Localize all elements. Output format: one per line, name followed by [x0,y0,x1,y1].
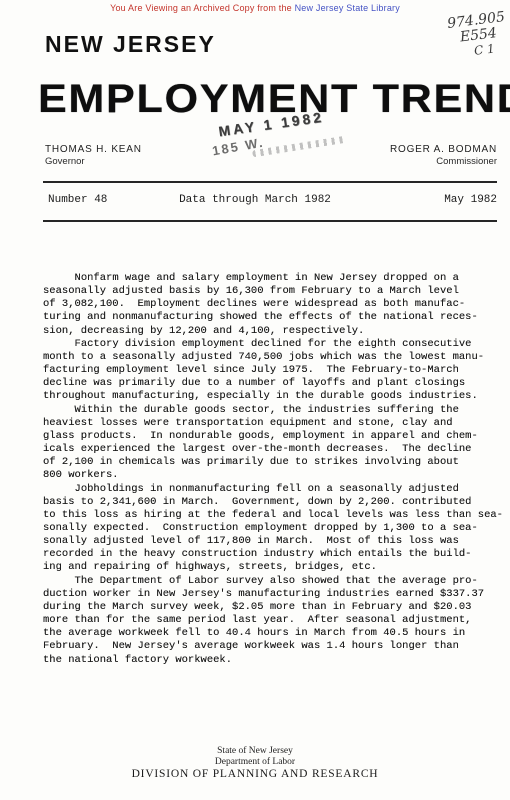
footer-state-line: State of New Jersey [0,746,510,757]
commissioner-title: Commissioner [390,156,497,168]
issue-line: Number 48 Data through March 1982 May 19… [43,194,497,206]
footer-division-line: DIVISION OF PLANNING AND RESEARCH [0,768,510,780]
footer-department-line: Department of Labor [0,757,510,768]
paragraph: The Department of Labor survey also show… [43,575,505,667]
governor-title: Governor [45,156,142,168]
footer: State of New Jersey Department of Labor … [0,746,510,780]
paragraph: Factory division employment declined for… [43,338,505,404]
commissioner-block: ROGER A. BODMAN Commissioner [390,144,497,168]
stamp-smudge [252,136,347,158]
handwritten-call-number: 974.905 E554 C 1 [425,10,510,64]
divider-rule-top [43,181,497,183]
masthead-state: NEW JERSEY [45,31,216,58]
document-page: You Are Viewing an Archived Copy from th… [0,0,510,800]
divider-rule-bottom [43,220,497,222]
archive-banner: You Are Viewing an Archived Copy from th… [0,3,510,13]
paragraph: Nonfarm wage and salary employment in Ne… [43,272,505,338]
article-body: Nonfarm wage and salary employment in Ne… [43,272,505,667]
state-library-link[interactable]: New Jersey State Library [295,3,400,13]
commissioner-name: ROGER A. BODMAN [390,144,497,156]
archive-banner-text: You Are Viewing an Archived Copy from th… [110,3,295,13]
governor-block: THOMAS H. KEAN Governor [45,144,142,168]
issue-data-through: Data through March 1982 [43,194,467,206]
paragraph: Jobholdings in nonmanufacturing fell on … [43,483,505,575]
paragraph: Within the durable goods sector, the ind… [43,404,505,483]
governor-name: THOMAS H. KEAN [45,144,142,156]
